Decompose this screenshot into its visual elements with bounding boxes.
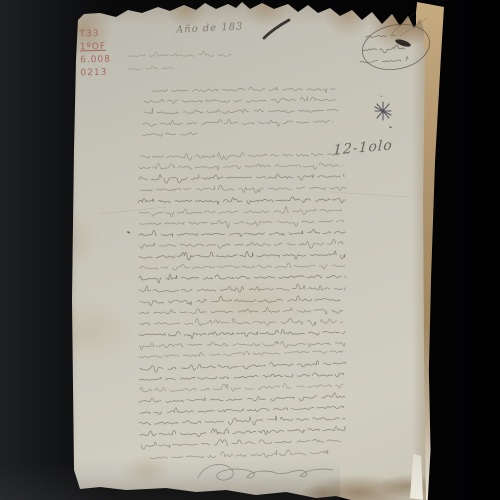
handwriting-layer xyxy=(0,0,500,500)
asterisk-mark xyxy=(375,102,391,128)
stamp-line-2: 1ºOF xyxy=(80,41,111,55)
closing-flourish xyxy=(198,464,333,480)
body-paragraph-1 xyxy=(143,87,338,136)
stamp-line-4: 0213 xyxy=(80,67,111,81)
addressee-scribbles xyxy=(128,51,232,70)
body-paragraph-2 xyxy=(138,153,346,459)
stamp-line-3: 6.008 xyxy=(80,54,111,68)
manuscript-photo: Año de 183 T33 1ºOF 6.008 0213 12-1olo xyxy=(0,0,500,500)
archival-stamp: T33 1ºOF 6.008 0213 xyxy=(79,28,111,81)
signature-rubric xyxy=(358,13,434,76)
ink-slash-stroke xyxy=(264,20,289,38)
stamp-line-1: T33 xyxy=(79,28,110,42)
